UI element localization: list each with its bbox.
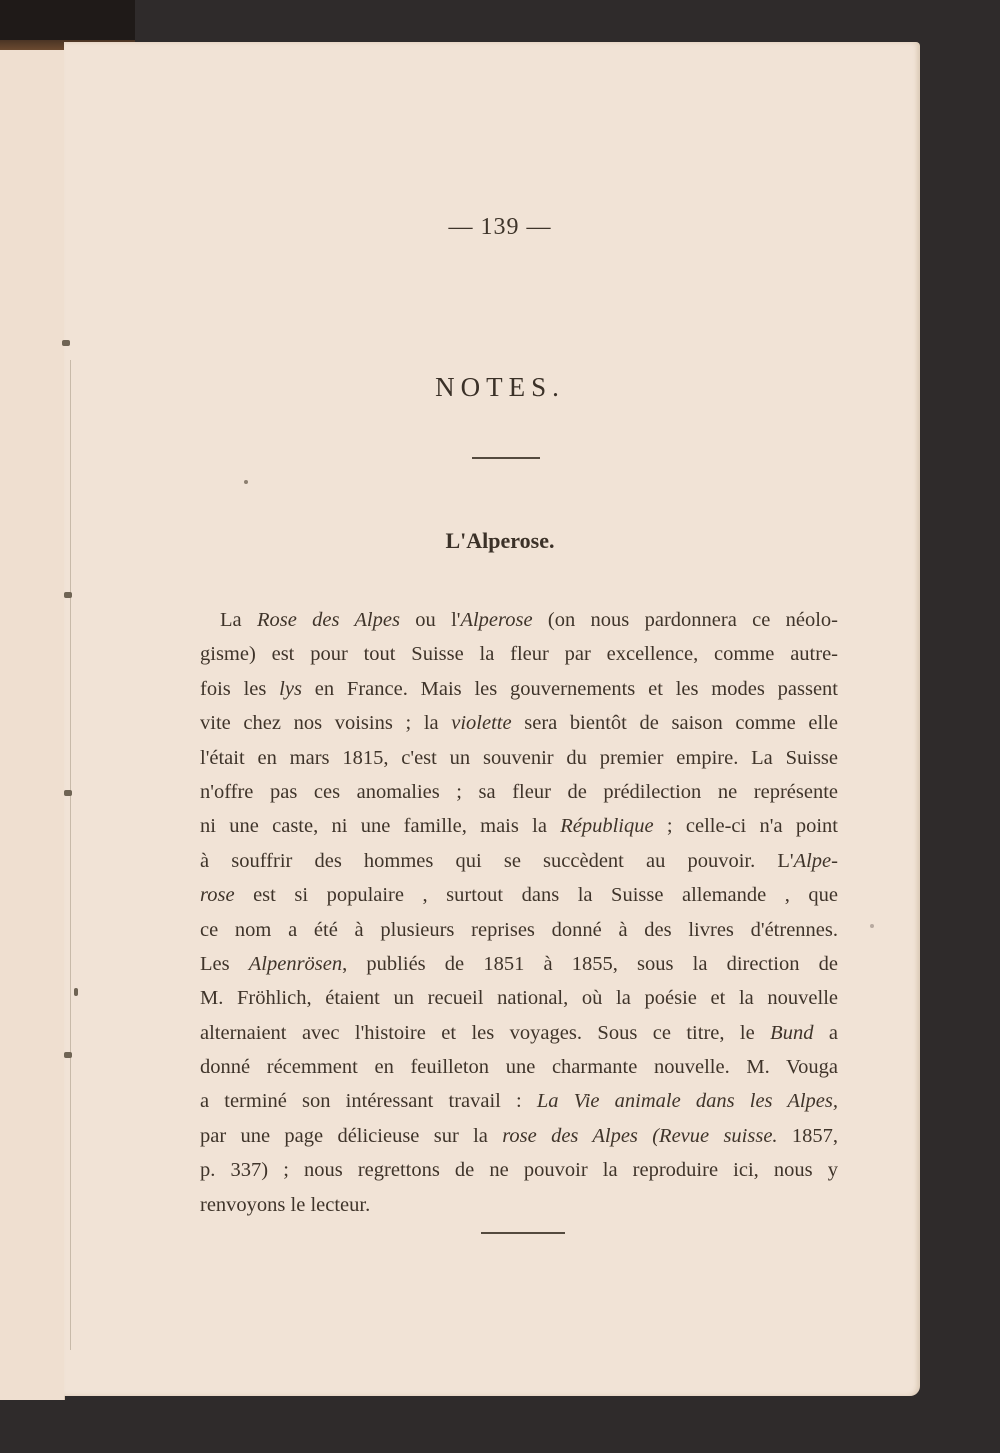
text-segment: p. 337) ; nous regrettons de ne pouvoir … [200,1159,838,1181]
text-segment: en France. Mais les gouvernements et les… [302,678,838,700]
text-segment: est si populaire , surtout dans la Suiss… [235,884,838,906]
italic-text: Alpe- [794,850,838,872]
text-line: La Rose des Alpes ou l'Alperose (on nous… [200,603,838,637]
section-title: NOTES. [0,372,1000,403]
page-number: — 139 — [0,214,1000,241]
text-line: p. 337) ; nous regrettons de ne pouvoir … [200,1153,838,1187]
paper-speck [870,924,874,928]
text-segment: renvoyons le lecteur. [200,1194,370,1216]
end-divider [481,1232,565,1234]
italic-text: Rose des Alpes [257,609,400,631]
text-segment: a terminé son intéressant travail : [200,1090,537,1112]
text-line: ce nom a été à plusieurs reprises donné … [200,913,838,947]
text-line: par une page délicieuse sur la rose des … [200,1119,838,1153]
paper-speck [244,480,248,484]
text-segment: Les [200,953,249,975]
text-line: vite chez nos voisins ; la violette sera… [200,706,838,740]
text-segment: à souffrir des hommes qui se succèdent a… [200,850,794,872]
text-line: M. Fröhlich, étaient un recueil national… [200,981,838,1015]
text-line: ni une caste, ni une famille, mais la Ré… [200,809,838,843]
text-segment: alternaient avec l'histoire et les voyag… [200,1022,770,1044]
text-segment: a [813,1022,838,1044]
text-segment: , publiés de 1851 à 1855, sous la direct… [342,953,838,975]
text-segment: M. Fröhlich, étaient un recueil national… [200,987,838,1009]
text-line: gisme) est pour tout Suisse la fleur par… [200,637,838,671]
text-segment: 1857, [778,1125,838,1147]
text-segment: ce nom a été à plusieurs reprises donné … [200,919,838,941]
left-page-edge [0,50,65,1400]
italic-text: La Vie animale dans les Alpes, [537,1090,838,1112]
title-divider [472,457,540,459]
text-line: alternaient avec l'histoire et les voyag… [200,1016,838,1050]
text-line: fois les lys en France. Mais les gouvern… [200,672,838,706]
binding-thread [70,360,71,1350]
text-line: donné récemment en feuilleton une charma… [200,1050,838,1084]
text-line: n'offre pas ces anomalies ; sa fleur de … [200,775,838,809]
text-segment: (on nous pardonnera ce néolo- [533,609,838,631]
text-segment: l'était en mars 1815, c'est un souvenir … [200,747,838,769]
text-segment: gisme) est pour tout Suisse la fleur par… [200,643,838,665]
italic-text: République [560,815,653,837]
binding-stitch [74,988,78,996]
text-line: l'était en mars 1815, c'est un souvenir … [200,741,838,775]
text-segment: La [220,609,257,631]
text-segment: n'offre pas ces anomalies ; sa fleur de … [200,781,838,803]
text-line: renvoyons le lecteur. [200,1188,838,1222]
binding-stitch [64,790,72,796]
italic-text: Alpenrösen [249,953,342,975]
binding-stitch [62,340,70,346]
text-segment: par une page délicieuse sur la [200,1125,502,1147]
text-segment: ou l' [400,609,461,631]
note-paragraph: La Rose des Alpes ou l'Alperose (on nous… [200,603,838,1222]
text-segment: vite chez nos voisins ; la [200,712,451,734]
italic-text: lys [279,678,302,700]
text-segment: ni une caste, ni une famille, mais la [200,815,560,837]
binding-stitch [64,592,72,598]
text-line: Les Alpenrösen, publiés de 1851 à 1855, … [200,947,838,981]
italic-text: rose [200,884,235,906]
text-segment: donné récemment en feuilleton une charma… [200,1056,838,1078]
binding-stitch [64,1052,72,1058]
italic-text: Bund [770,1022,813,1044]
text-segment: sera bientôt de saison comme elle [512,712,838,734]
italic-text: violette [451,712,511,734]
text-segment: ; celle-ci n'a point [654,815,838,837]
text-segment: fois les [200,678,279,700]
italic-text: rose des Alpes (Revue suisse. [502,1125,777,1147]
text-line: rose est si populaire , surtout dans la … [200,878,838,912]
note-title: L'Alperose. [0,528,1000,554]
text-line: a terminé son intéressant travail : La V… [200,1084,838,1118]
text-line: à souffrir des hommes qui se succèdent a… [200,844,838,878]
italic-text: Alperose [460,609,532,631]
